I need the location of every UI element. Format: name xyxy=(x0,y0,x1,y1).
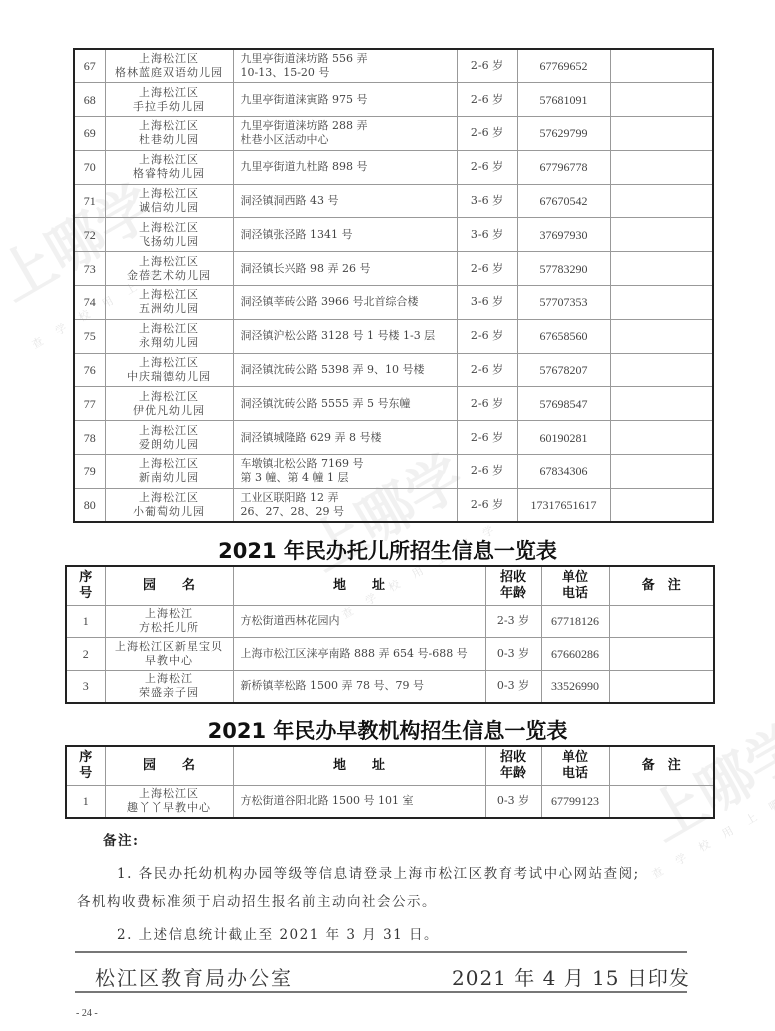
cell-name: 上海松江区杜巷幼儿园 xyxy=(105,117,233,151)
cell-remark xyxy=(610,117,713,151)
table-row: 79上海松江区新南幼儿园车墩镇北松公路 7169 号第 3 幢、第 4 幢 1 … xyxy=(74,455,713,489)
cell-no: 3 xyxy=(66,670,105,703)
note-1-line-1: 1. 各民办托幼机构办园等级等信息请登录上海市松江区教育考试中心网站查阅; xyxy=(117,862,640,882)
table-row: 69上海松江区杜巷幼儿园九里亭街道涞坊路 288 弄杜巷小区活动中心2-6 岁5… xyxy=(74,117,713,151)
cell-age: 2-6 岁 xyxy=(457,319,517,353)
cell-no: 69 xyxy=(74,117,105,151)
cell-phone: 67670542 xyxy=(517,184,610,218)
cell-remark xyxy=(610,455,713,489)
page-number: - 24 - xyxy=(76,1008,98,1019)
cell-name: 上海松江区格睿特幼儿园 xyxy=(105,150,233,184)
header-no: 序号 xyxy=(66,566,105,605)
early-edu-table: 序号 园 名 地 址 招收年龄 单位电话 备 注 1上海松江区趣丫丫早教中心方松… xyxy=(65,745,715,819)
cell-name: 上海松江区爱朗幼儿园 xyxy=(105,421,233,455)
header-row: 序号 园 名 地 址 招收年龄 单位电话 备 注 xyxy=(66,566,714,605)
cell-phone: 60190281 xyxy=(517,421,610,455)
cell-phone: 57629799 xyxy=(517,117,610,151)
cell-age: 2-6 岁 xyxy=(457,252,517,286)
cell-address: 洞泾镇城隆路 629 弄 8 号楼 xyxy=(233,421,457,455)
cell-age: 2-6 岁 xyxy=(457,117,517,151)
cell-name: 上海松江区金蓓艺术幼儿园 xyxy=(105,252,233,286)
cell-age: 2-6 岁 xyxy=(457,150,517,184)
cell-address: 洞泾镇沈砖公路 5398 弄 9、10 号楼 xyxy=(233,353,457,387)
issue-date: 2021 年 4 月 15 日印发 xyxy=(452,962,690,991)
cell-age: 2-6 岁 xyxy=(457,83,517,117)
note-2: 2. 上述信息统计截止至 2021 年 3 月 31 日。 xyxy=(117,923,439,943)
note-1-line-2: 各机构收费标准须于启动招生报名前主动向社会公示。 xyxy=(77,890,437,910)
cell-address: 洞泾镇沈砖公路 5555 弄 5 号东幢 xyxy=(233,387,457,421)
cell-address: 方松街道西林花园内 xyxy=(233,605,485,638)
cell-remark xyxy=(609,670,714,703)
cell-name: 上海松江区永翔幼儿园 xyxy=(105,319,233,353)
footer-top-rule xyxy=(75,951,687,953)
early-edu-table-title: 2021 年民办早教机构招生信息一览表 xyxy=(0,715,775,745)
cell-address: 洞泾镇长兴路 98 弄 26 号 xyxy=(233,252,457,286)
cell-name: 上海松江方松托儿所 xyxy=(105,605,233,638)
cell-address: 九里亭街道涞坊路 288 弄杜巷小区活动中心 xyxy=(233,117,457,151)
cell-age: 2-6 岁 xyxy=(457,421,517,455)
cell-address: 九里亭街道九杜路 898 号 xyxy=(233,150,457,184)
cell-no: 73 xyxy=(74,252,105,286)
cell-address: 洞泾镇沪松公路 3128 号 1 号楼 1-3 层 xyxy=(233,319,457,353)
cell-remark xyxy=(610,387,713,421)
cell-remark xyxy=(609,785,714,818)
cell-address: 九里亭街道涞坊路 556 弄10-13、15-20 号 xyxy=(233,49,457,83)
cell-address: 新桥镇莘松路 1500 弄 78 号、79 号 xyxy=(233,670,485,703)
cell-remark xyxy=(610,353,713,387)
table-row: 70上海松江区格睿特幼儿园九里亭街道九杜路 898 号2-6 岁67796778 xyxy=(74,150,713,184)
cell-phone: 37697930 xyxy=(517,218,610,252)
table-row: 80上海松江区小葡萄幼儿园工业区联阳路 12 弄26、27、28、29 号2-6… xyxy=(74,488,713,522)
cell-name: 上海松江区伊优凡幼儿园 xyxy=(105,387,233,421)
cell-phone: 57707353 xyxy=(517,286,610,320)
cell-no: 1 xyxy=(66,785,105,818)
table-row: 78上海松江区爱朗幼儿园洞泾镇城隆路 629 弄 8 号楼2-6 岁601902… xyxy=(74,421,713,455)
header-remark: 备 注 xyxy=(609,746,714,785)
header-phone: 单位电话 xyxy=(541,566,609,605)
header-row: 序号 园 名 地 址 招收年龄 单位电话 备 注 xyxy=(66,746,714,785)
cell-name: 上海松江区新南幼儿园 xyxy=(105,455,233,489)
cell-no: 2 xyxy=(66,638,105,671)
cell-address: 九里亭街道涞寅路 975 号 xyxy=(233,83,457,117)
cell-no: 78 xyxy=(74,421,105,455)
header-no: 序号 xyxy=(66,746,105,785)
cell-name: 上海松江区中庆瑞德幼儿园 xyxy=(105,353,233,387)
cell-remark xyxy=(610,421,713,455)
cell-age: 2-6 岁 xyxy=(457,49,517,83)
nursery-table-title: 2021 年民办托儿所招生信息一览表 xyxy=(0,535,775,565)
cell-no: 68 xyxy=(74,83,105,117)
cell-age: 2-6 岁 xyxy=(457,387,517,421)
cell-no: 67 xyxy=(74,49,105,83)
cell-name: 上海松江区格林蓝庭双语幼儿园 xyxy=(105,49,233,83)
table-row: 3上海松江荣盛亲子园新桥镇莘松路 1500 弄 78 号、79 号0-3 岁33… xyxy=(66,670,714,703)
header-age: 招收年龄 xyxy=(485,566,541,605)
cell-remark xyxy=(609,605,714,638)
header-address: 地 址 xyxy=(233,566,485,605)
table-row: 77上海松江区伊优凡幼儿园洞泾镇沈砖公路 5555 弄 5 号东幢2-6 岁57… xyxy=(74,387,713,421)
table-row: 68上海松江区手拉手幼儿园九里亭街道涞寅路 975 号2-6 岁57681091 xyxy=(74,83,713,117)
table-row: 2上海松江区新星宝贝早教中心上海市松江区涞亭南路 888 弄 654 号-688… xyxy=(66,638,714,671)
cell-no: 72 xyxy=(74,218,105,252)
cell-phone: 67660286 xyxy=(541,638,609,671)
cell-name: 上海松江区小葡萄幼儿园 xyxy=(105,488,233,522)
notes-label: 备注: xyxy=(103,829,139,849)
cell-remark xyxy=(610,252,713,286)
cell-no: 75 xyxy=(74,319,105,353)
cell-phone: 67799123 xyxy=(541,785,609,818)
header-remark: 备 注 xyxy=(609,566,714,605)
cell-address: 洞泾镇张泾路 1341 号 xyxy=(233,218,457,252)
cell-address: 工业区联阳路 12 弄26、27、28、29 号 xyxy=(233,488,457,522)
cell-age: 0-3 岁 xyxy=(485,785,541,818)
table-row: 74上海松江区五洲幼儿园洞泾镇莘砖公路 3966 号北首综合楼3-6 岁5770… xyxy=(74,286,713,320)
cell-phone: 67718126 xyxy=(541,605,609,638)
cell-phone: 67796778 xyxy=(517,150,610,184)
cell-phone: 57678207 xyxy=(517,353,610,387)
footer-bottom-rule xyxy=(75,991,687,993)
table-row: 73上海松江区金蓓艺术幼儿园洞泾镇长兴路 98 弄 26 号2-6 岁57783… xyxy=(74,252,713,286)
cell-no: 77 xyxy=(74,387,105,421)
table-row: 71上海松江区诚信幼儿园洞泾镇洞西路 43 号3-6 岁67670542 xyxy=(74,184,713,218)
table-row: 67上海松江区格林蓝庭双语幼儿园九里亭街道涞坊路 556 弄10-13、15-2… xyxy=(74,49,713,83)
cell-age: 3-6 岁 xyxy=(457,184,517,218)
cell-address: 洞泾镇洞西路 43 号 xyxy=(233,184,457,218)
cell-name: 上海松江区手拉手幼儿园 xyxy=(105,83,233,117)
cell-age: 0-3 岁 xyxy=(485,670,541,703)
table-row: 75上海松江区永翔幼儿园洞泾镇沪松公路 3128 号 1 号楼 1-3 层2-6… xyxy=(74,319,713,353)
cell-phone: 57783290 xyxy=(517,252,610,286)
header-phone: 单位电话 xyxy=(541,746,609,785)
cell-remark xyxy=(610,218,713,252)
cell-no: 71 xyxy=(74,184,105,218)
cell-address: 上海市松江区涞亭南路 888 弄 654 号-688 号 xyxy=(233,638,485,671)
cell-remark xyxy=(610,49,713,83)
cell-address: 方松街道谷阳北路 1500 号 101 室 xyxy=(233,785,485,818)
cell-phone: 67769652 xyxy=(517,49,610,83)
cell-age: 3-6 岁 xyxy=(457,286,517,320)
header-name: 园 名 xyxy=(105,746,233,785)
notes-section: 备注: 1. 各民办托幼机构办园等级等信息请登录上海市松江区教育考试中心网站查阅… xyxy=(75,829,715,944)
cell-name: 上海松江区飞扬幼儿园 xyxy=(105,218,233,252)
cell-address: 洞泾镇莘砖公路 3966 号北首综合楼 xyxy=(233,286,457,320)
cell-no: 80 xyxy=(74,488,105,522)
cell-no: 1 xyxy=(66,605,105,638)
table-row: 72上海松江区飞扬幼儿园洞泾镇张泾路 1341 号3-6 岁37697930 xyxy=(74,218,713,252)
cell-age: 0-3 岁 xyxy=(485,638,541,671)
cell-remark xyxy=(609,638,714,671)
cell-age: 2-6 岁 xyxy=(457,353,517,387)
cell-remark xyxy=(610,184,713,218)
cell-no: 70 xyxy=(74,150,105,184)
cell-no: 79 xyxy=(74,455,105,489)
cell-phone: 33526990 xyxy=(541,670,609,703)
cell-name: 上海松江区趣丫丫早教中心 xyxy=(105,785,233,818)
cell-name: 上海松江区诚信幼儿园 xyxy=(105,184,233,218)
cell-phone: 57698547 xyxy=(517,387,610,421)
cell-remark xyxy=(610,286,713,320)
cell-remark xyxy=(610,150,713,184)
cell-no: 76 xyxy=(74,353,105,387)
cell-name: 上海松江区五洲幼儿园 xyxy=(105,286,233,320)
cell-name: 上海松江区新星宝贝早教中心 xyxy=(105,638,233,671)
header-address: 地 址 xyxy=(233,746,485,785)
cell-remark xyxy=(610,319,713,353)
cell-age: 2-6 岁 xyxy=(457,488,517,522)
cell-name: 上海松江荣盛亲子园 xyxy=(105,670,233,703)
nursery-table: 序号 园 名 地 址 招收年龄 单位电话 备 注 1上海松江方松托儿所方松街道西… xyxy=(65,565,715,704)
issuer: 松江区教育局办公室 xyxy=(95,962,293,991)
cell-phone: 57681091 xyxy=(517,83,610,117)
cell-phone: 67834306 xyxy=(517,455,610,489)
header-age: 招收年龄 xyxy=(485,746,541,785)
cell-phone: 17317651617 xyxy=(517,488,610,522)
cell-age: 2-6 岁 xyxy=(457,455,517,489)
cell-age: 3-6 岁 xyxy=(457,218,517,252)
table-row: 1上海松江区趣丫丫早教中心方松街道谷阳北路 1500 号 101 室0-3 岁6… xyxy=(66,785,714,818)
cell-remark xyxy=(610,83,713,117)
cell-age: 2-3 岁 xyxy=(485,605,541,638)
kindergarten-table: 67上海松江区格林蓝庭双语幼儿园九里亭街道涞坊路 556 弄10-13、15-2… xyxy=(73,48,714,523)
cell-address: 车墩镇北松公路 7169 号第 3 幢、第 4 幢 1 层 xyxy=(233,455,457,489)
cell-phone: 67658560 xyxy=(517,319,610,353)
cell-no: 74 xyxy=(74,286,105,320)
header-name: 园 名 xyxy=(105,566,233,605)
table-row: 76上海松江区中庆瑞德幼儿园洞泾镇沈砖公路 5398 弄 9、10 号楼2-6 … xyxy=(74,353,713,387)
cell-remark xyxy=(610,488,713,522)
table-row: 1上海松江方松托儿所方松街道西林花园内2-3 岁67718126 xyxy=(66,605,714,638)
